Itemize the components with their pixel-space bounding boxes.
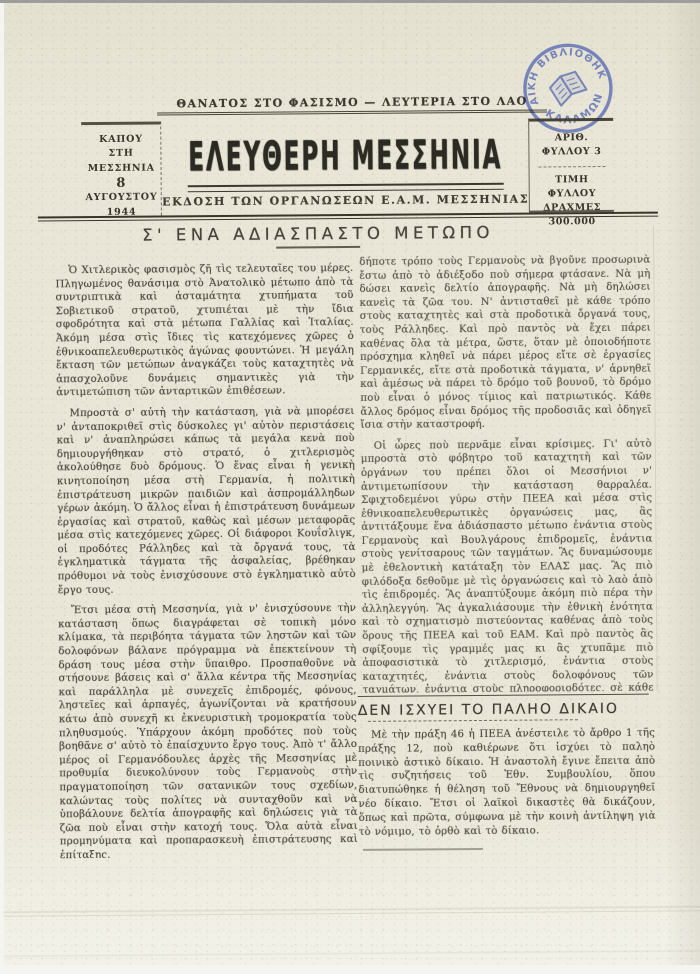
- second-article-top-rule: [358, 694, 649, 697]
- body-paragraph: Οἱ ὧρες ποὺ περνᾶμε εἶναι κρίσιμες. Γι' …: [361, 437, 654, 693]
- price-label: ΤΙΜΗ ΦΥΛΛΟΥ: [530, 172, 614, 201]
- second-article-body: Μὲ τὴν πράξη 46 ἡ ΠΕΕΑ ἀνέστειλε τὸ ἄρθρ…: [358, 727, 656, 840]
- article-column-left: Ὁ Χιτλερικὸς φασισμὸς ζῆ τὶς τελευταῖες …: [55, 262, 358, 858]
- body-paragraph: Μπροστὰ σ' αὐτὴ τὴν κατάσταση, γιὰ νὰ μπ…: [56, 405, 355, 598]
- issue-box-rule: [538, 165, 605, 167]
- main-headline: Σ' ΕΝΑ ΑΔΙΑΣΠΑΣΤΟ ΜΕΤΩΠΟ: [98, 223, 538, 250]
- issue-number: ΑΡΙΘ. ΦΥΛΛΟΥ 3: [530, 131, 614, 160]
- issue-box: ΑΡΙΘ. ΦΥΛΛΟΥ 3 ΤΙΜΗ ΦΥΛΛΟΥ ΔΡΑΧΜΕΣ 300.0…: [529, 118, 614, 213]
- second-article-headline-underline: [368, 719, 578, 722]
- masthead-subtitle: ΕΚΔΟΣΗ ΤΩΝ ΟΡΓΑΝΩΣΕΩΝ Ε.Α.Μ. ΜΕΣΣΗΝΙΑΣ: [162, 193, 529, 209]
- main-headline-underline: [276, 246, 360, 249]
- title-rule: [188, 183, 504, 192]
- body-paragraph: Ὁ Χιτλερικὸς φασισμὸς ζῆ τὶς τελευταῖες …: [55, 262, 354, 400]
- second-article-headline: ΔΕΝ ΙΣΧΥΕΙ ΤΟ ΠΑΛΗΟ ΔΙΚΑΙΟ: [358, 701, 655, 719]
- dateline-place-2: ΣΤΗ ΜΕΣΣΗΝΙΑ: [81, 147, 161, 176]
- second-article-end-rule: [363, 848, 483, 851]
- dateline-place-1: ΚΑΠΟΥ: [81, 132, 160, 147]
- masthead-center: ΕΛΕΥΘΕΡΗ ΜΕΣΣΗΝΙΑ ΕΚΔΟΣΗ ΤΩΝ ΟΡΓΑΝΩΣΕΩΝ …: [162, 119, 530, 216]
- body-paragraph: δήποτε τρόπο τοὺς Γερμανοὺς νὰ βγοῦνε πρ…: [359, 254, 651, 433]
- dateline-box: ΚΑΠΟΥ ΣΤΗ ΜΕΣΣΗΝΙΑ 8 ΑΥΓΟΥΣΤΟΥ 1944: [81, 121, 162, 216]
- masthead: ΚΑΠΟΥ ΣΤΗ ΜΕΣΣΗΝΙΑ 8 ΑΥΓΟΥΣΤΟΥ 1944 ΕΛΕΥ…: [81, 118, 614, 216]
- newspaper-title: ΕΛΕΥΘΕΡΗ ΜΕΣΣΗΝΙΑ: [162, 133, 529, 181]
- second-article: ΔΕΝ ΙΣΧΥΕΙ ΤΟ ΠΑΛΗΟ ΔΙΚΑΙΟ Μὲ τὴν πράξη …: [358, 694, 656, 852]
- body-paragraph: Μὲ τὴν πράξη 46 ἡ ΠΕΕΑ ἀνέστειλε τὸ ἄρθρ…: [358, 727, 656, 840]
- body-paragraph: Ἔτσι μέσα στὴ Μεσσηνία, γιὰ ν' ἐνισχύσου…: [58, 602, 358, 858]
- dateline-day: 8: [82, 175, 161, 191]
- main-headline-text: Σ' ΕΝΑ ΑΔΙΑΣΠΑΣΤΟ ΜΕΤΩΠΟ: [142, 223, 494, 245]
- open-book-icon: [548, 68, 587, 105]
- page-fold-line: [653, 226, 658, 691]
- paper-crease: [4, 949, 700, 957]
- page-slogan: ΘΑΝΑΤΟΣ ΣΤΟ ΦΑΣΙΣΜΟ — ΛΕΥΤΕΡΙΑ ΣΤΟ ΛΑΟ: [157, 94, 547, 115]
- article-column-right: δήποτε τρόπο τοὺς Γερμανοὺς νὰ βγοῦνε πρ…: [359, 254, 653, 693]
- page-content: ΘΑΝΑΤΟΣ ΣΤΟ ΦΑΣΙΣΜΟ — ΛΕΥΤΕΡΙΑ ΣΤΟ ΛΑΟ Λ…: [0, 0, 700, 974]
